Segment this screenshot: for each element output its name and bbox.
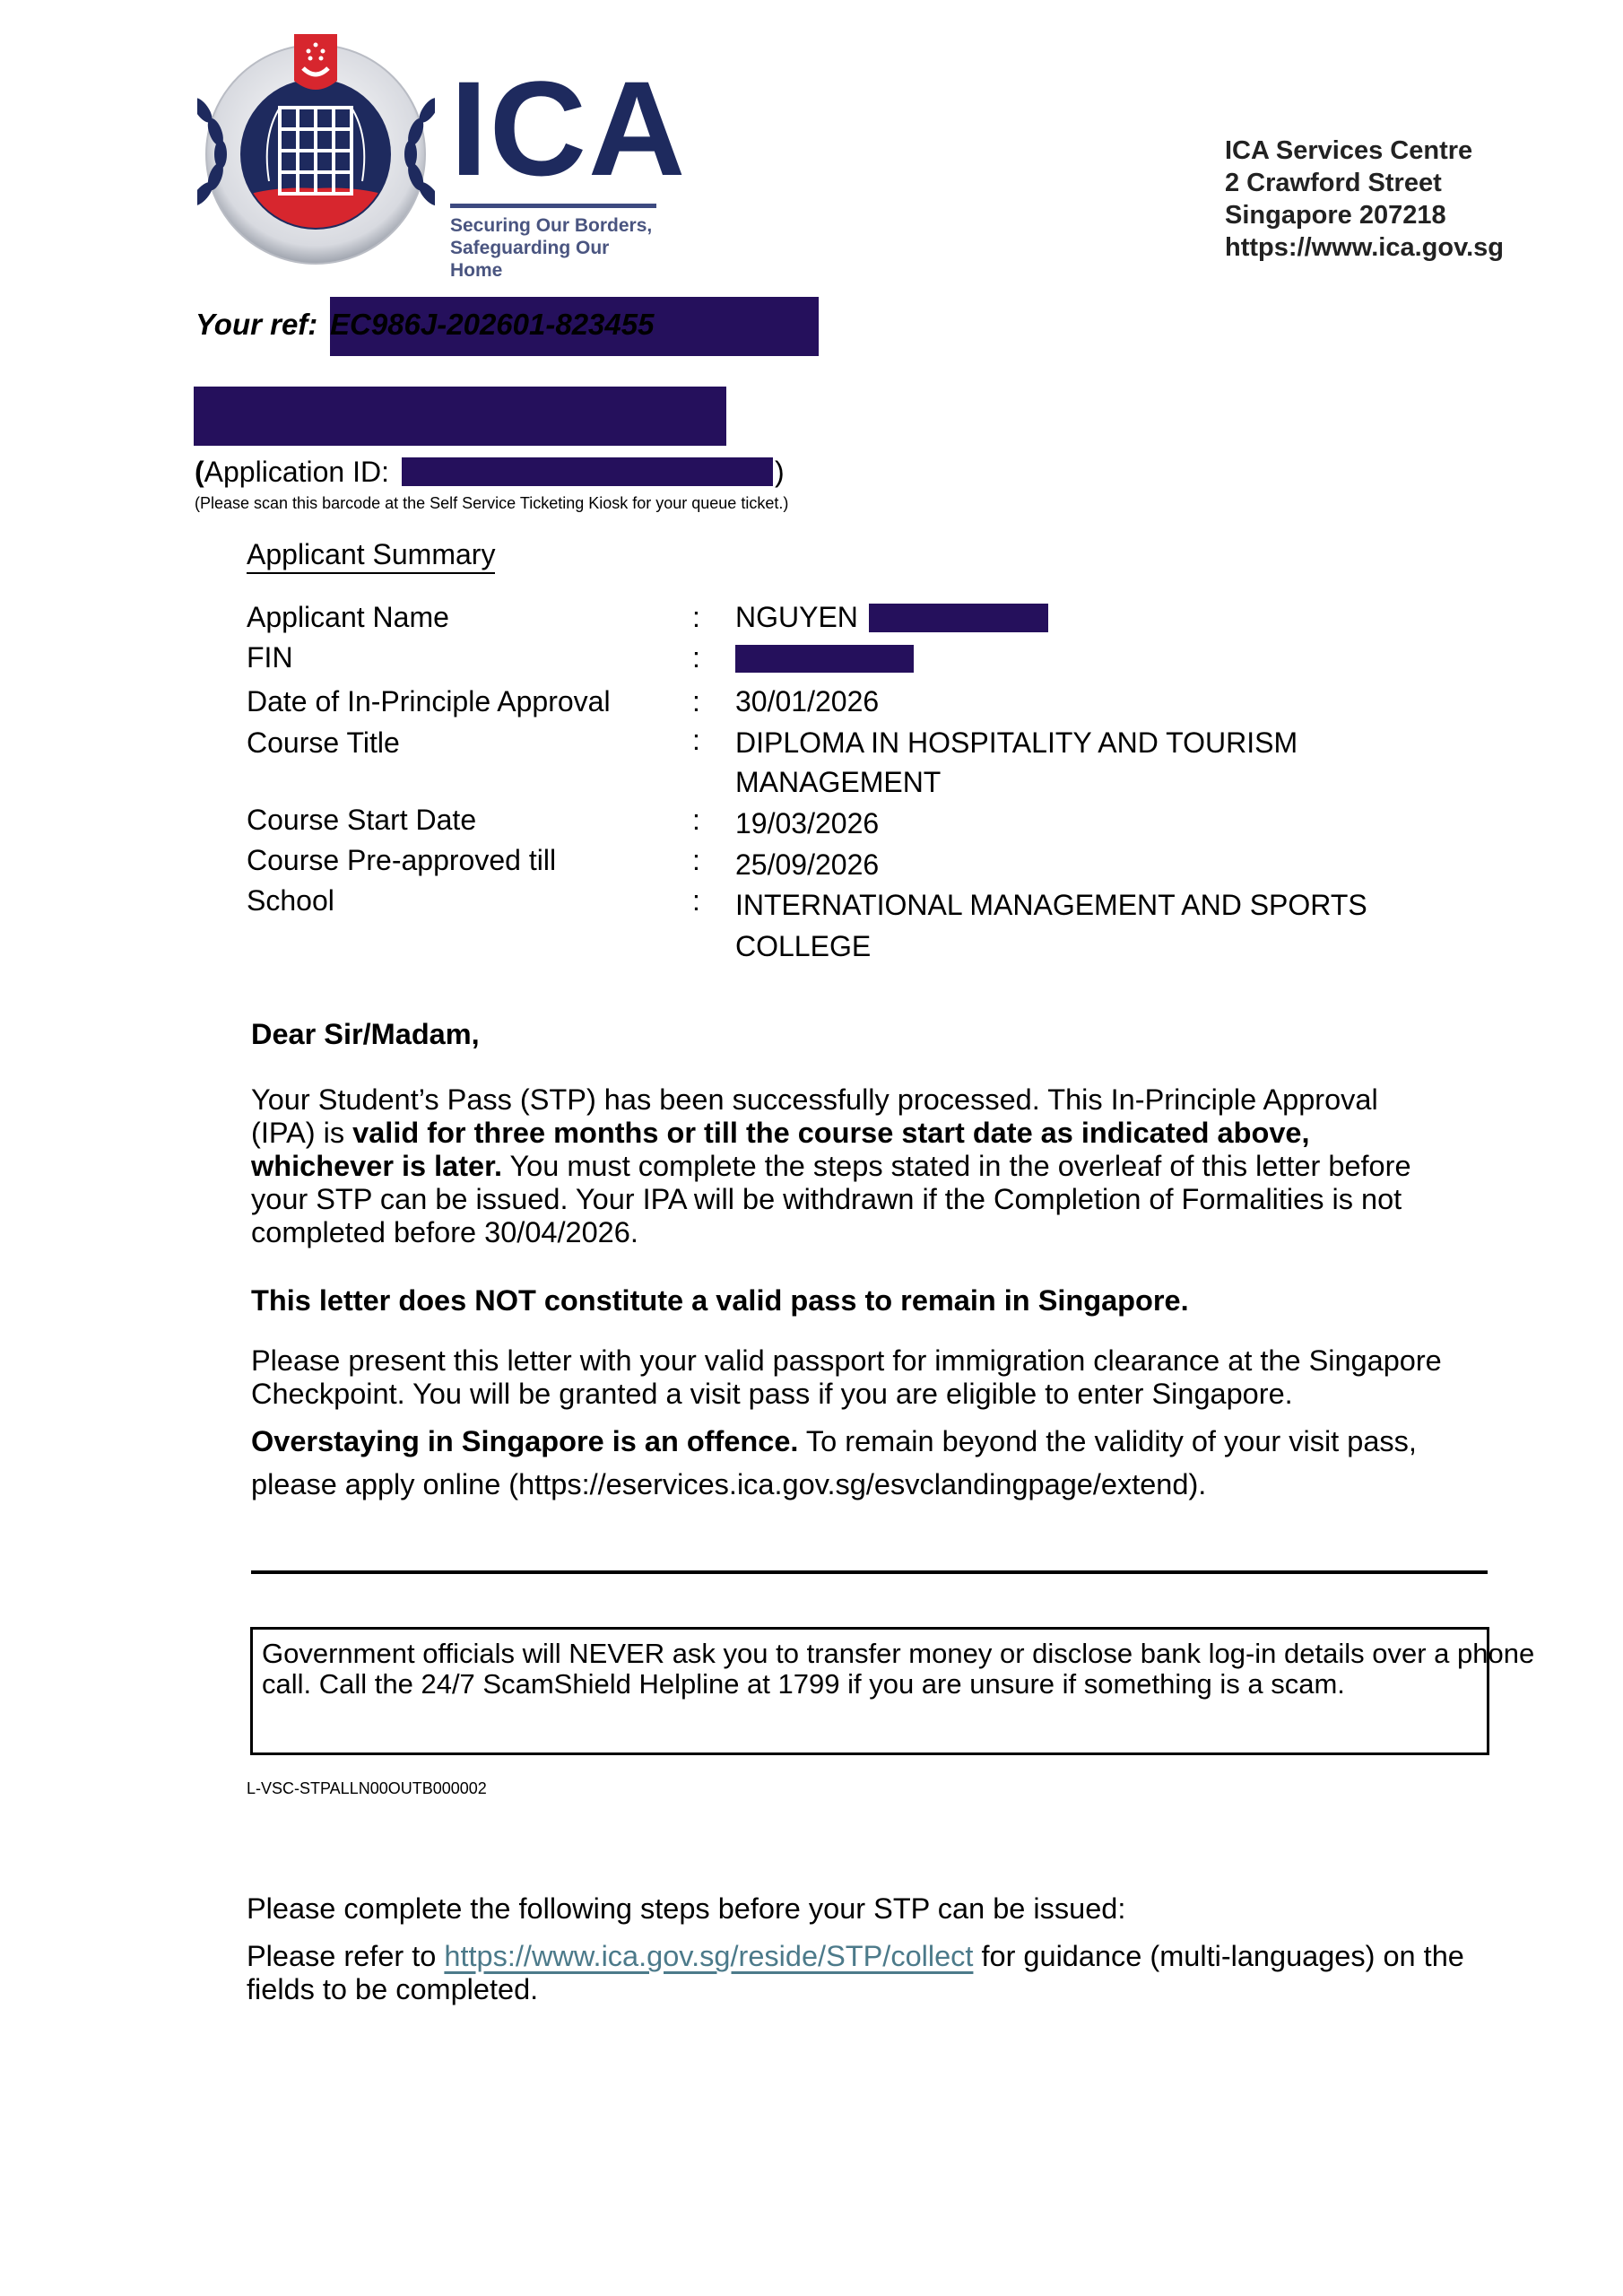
course-start-value: 19/03/2026	[735, 805, 879, 841]
ref-redaction: EC986J-202601-823455	[330, 297, 819, 356]
ref-label: Your ref:	[195, 305, 317, 344]
sender-address: ICA Services Centre 2 Crawford Street Si…	[1225, 135, 1504, 264]
scam-notice-box: Government officials will NEVER ask you …	[250, 1627, 1489, 1755]
row-label: Date of In-Principle Approval	[247, 683, 611, 719]
divider	[251, 1570, 1488, 1574]
row-colon: :	[692, 683, 700, 719]
barcode-redaction	[194, 387, 726, 446]
tagline-line-2: Safeguarding Our Home	[450, 237, 659, 282]
school-value: INTERNATIONAL MANAGEMENT AND SPORTS	[735, 887, 1367, 923]
row-label: Course Pre-approved till	[247, 842, 556, 878]
salutation: Dear Sir/Madam,	[251, 1018, 1497, 1051]
warning-not-valid-pass: This letter does NOT constitute a valid …	[251, 1284, 1497, 1318]
fin-redaction	[735, 645, 914, 673]
address-line: ICA Services Centre	[1225, 135, 1504, 167]
ica-crest-icon	[197, 29, 435, 266]
address-line: 2 Crawford Street	[1225, 167, 1504, 199]
course-title-value: DIPLOMA IN HOSPITALITY AND TOURISM	[735, 725, 1298, 761]
row-colon: :	[692, 842, 700, 878]
scam-notice-text: Government officials will NEVER ask you …	[262, 1639, 1535, 1700]
scan-note: (Please scan this barcode at the Self Se…	[195, 493, 788, 513]
pre-approved-value: 25/09/2026	[735, 847, 879, 883]
tagline-line-1: Securing Our Borders,	[450, 214, 659, 237]
paragraph-ipa: Your Student’s Pass (STP) has been succe…	[251, 1083, 1435, 1249]
school-value-cont: COLLEGE	[735, 928, 871, 964]
row-colon: :	[692, 802, 700, 838]
guidance-link[interactable]: https://www.ica.gov.sg/reside/STP/collec…	[444, 1940, 973, 1972]
row-colon: :	[692, 722, 700, 758]
row-colon: :	[692, 883, 700, 918]
paragraph-overstay: Overstaying in Singapore is an offence. …	[251, 1420, 1524, 1506]
row-label: School	[247, 883, 334, 918]
row-colon: :	[692, 639, 700, 675]
application-id-label: Application ID:	[204, 456, 389, 488]
overstay-text: To remain beyond the validity of your vi…	[798, 1425, 1416, 1457]
applicant-name-value: NGUYEN	[735, 599, 858, 635]
ipa-date-value: 30/01/2026	[735, 683, 879, 719]
address-line: Singapore 207218	[1225, 199, 1504, 231]
letter-code: L-VSC-STPALLN00OUTB000002	[247, 1779, 487, 1798]
paragraph-immigration: Please present this letter with your val…	[251, 1344, 1506, 1411]
ica-tagline: Securing Our Borders, Safeguarding Our H…	[450, 214, 659, 282]
overstay-extend-url: please apply online (https://eservices.i…	[251, 1468, 1206, 1500]
ica-logo: ICA Securing Our Borders, Safeguarding O…	[197, 29, 659, 266]
ref-value: EC986J-202601-823455	[330, 305, 654, 344]
refer-prefix: Please refer to	[247, 1940, 444, 1972]
application-id-redaction	[402, 457, 773, 486]
address-website: https://www.ica.gov.sg	[1225, 231, 1504, 264]
guidance-paragraph: Please refer to https://www.ica.gov.sg/r…	[247, 1940, 1502, 2006]
summary-title: Applicant Summary	[247, 536, 495, 574]
paren-close: )	[775, 454, 785, 490]
name-redaction	[869, 604, 1048, 632]
row-label: FIN	[247, 639, 293, 675]
row-label: Course Start Date	[247, 802, 476, 838]
row-label: Applicant Name	[247, 599, 449, 635]
paren-open: (	[195, 456, 204, 488]
row-label: Course Title	[247, 725, 400, 761]
application-id-line: (Application ID:	[195, 454, 389, 490]
steps-intro: Please complete the following steps befo…	[247, 1891, 1125, 1926]
row-colon: :	[692, 599, 700, 635]
wordmark-rule	[450, 204, 656, 208]
ica-wordmark: ICA	[450, 61, 687, 196]
course-title-value-cont: MANAGEMENT	[735, 764, 941, 800]
overstay-bold: Overstaying in Singapore is an offence.	[251, 1425, 798, 1457]
